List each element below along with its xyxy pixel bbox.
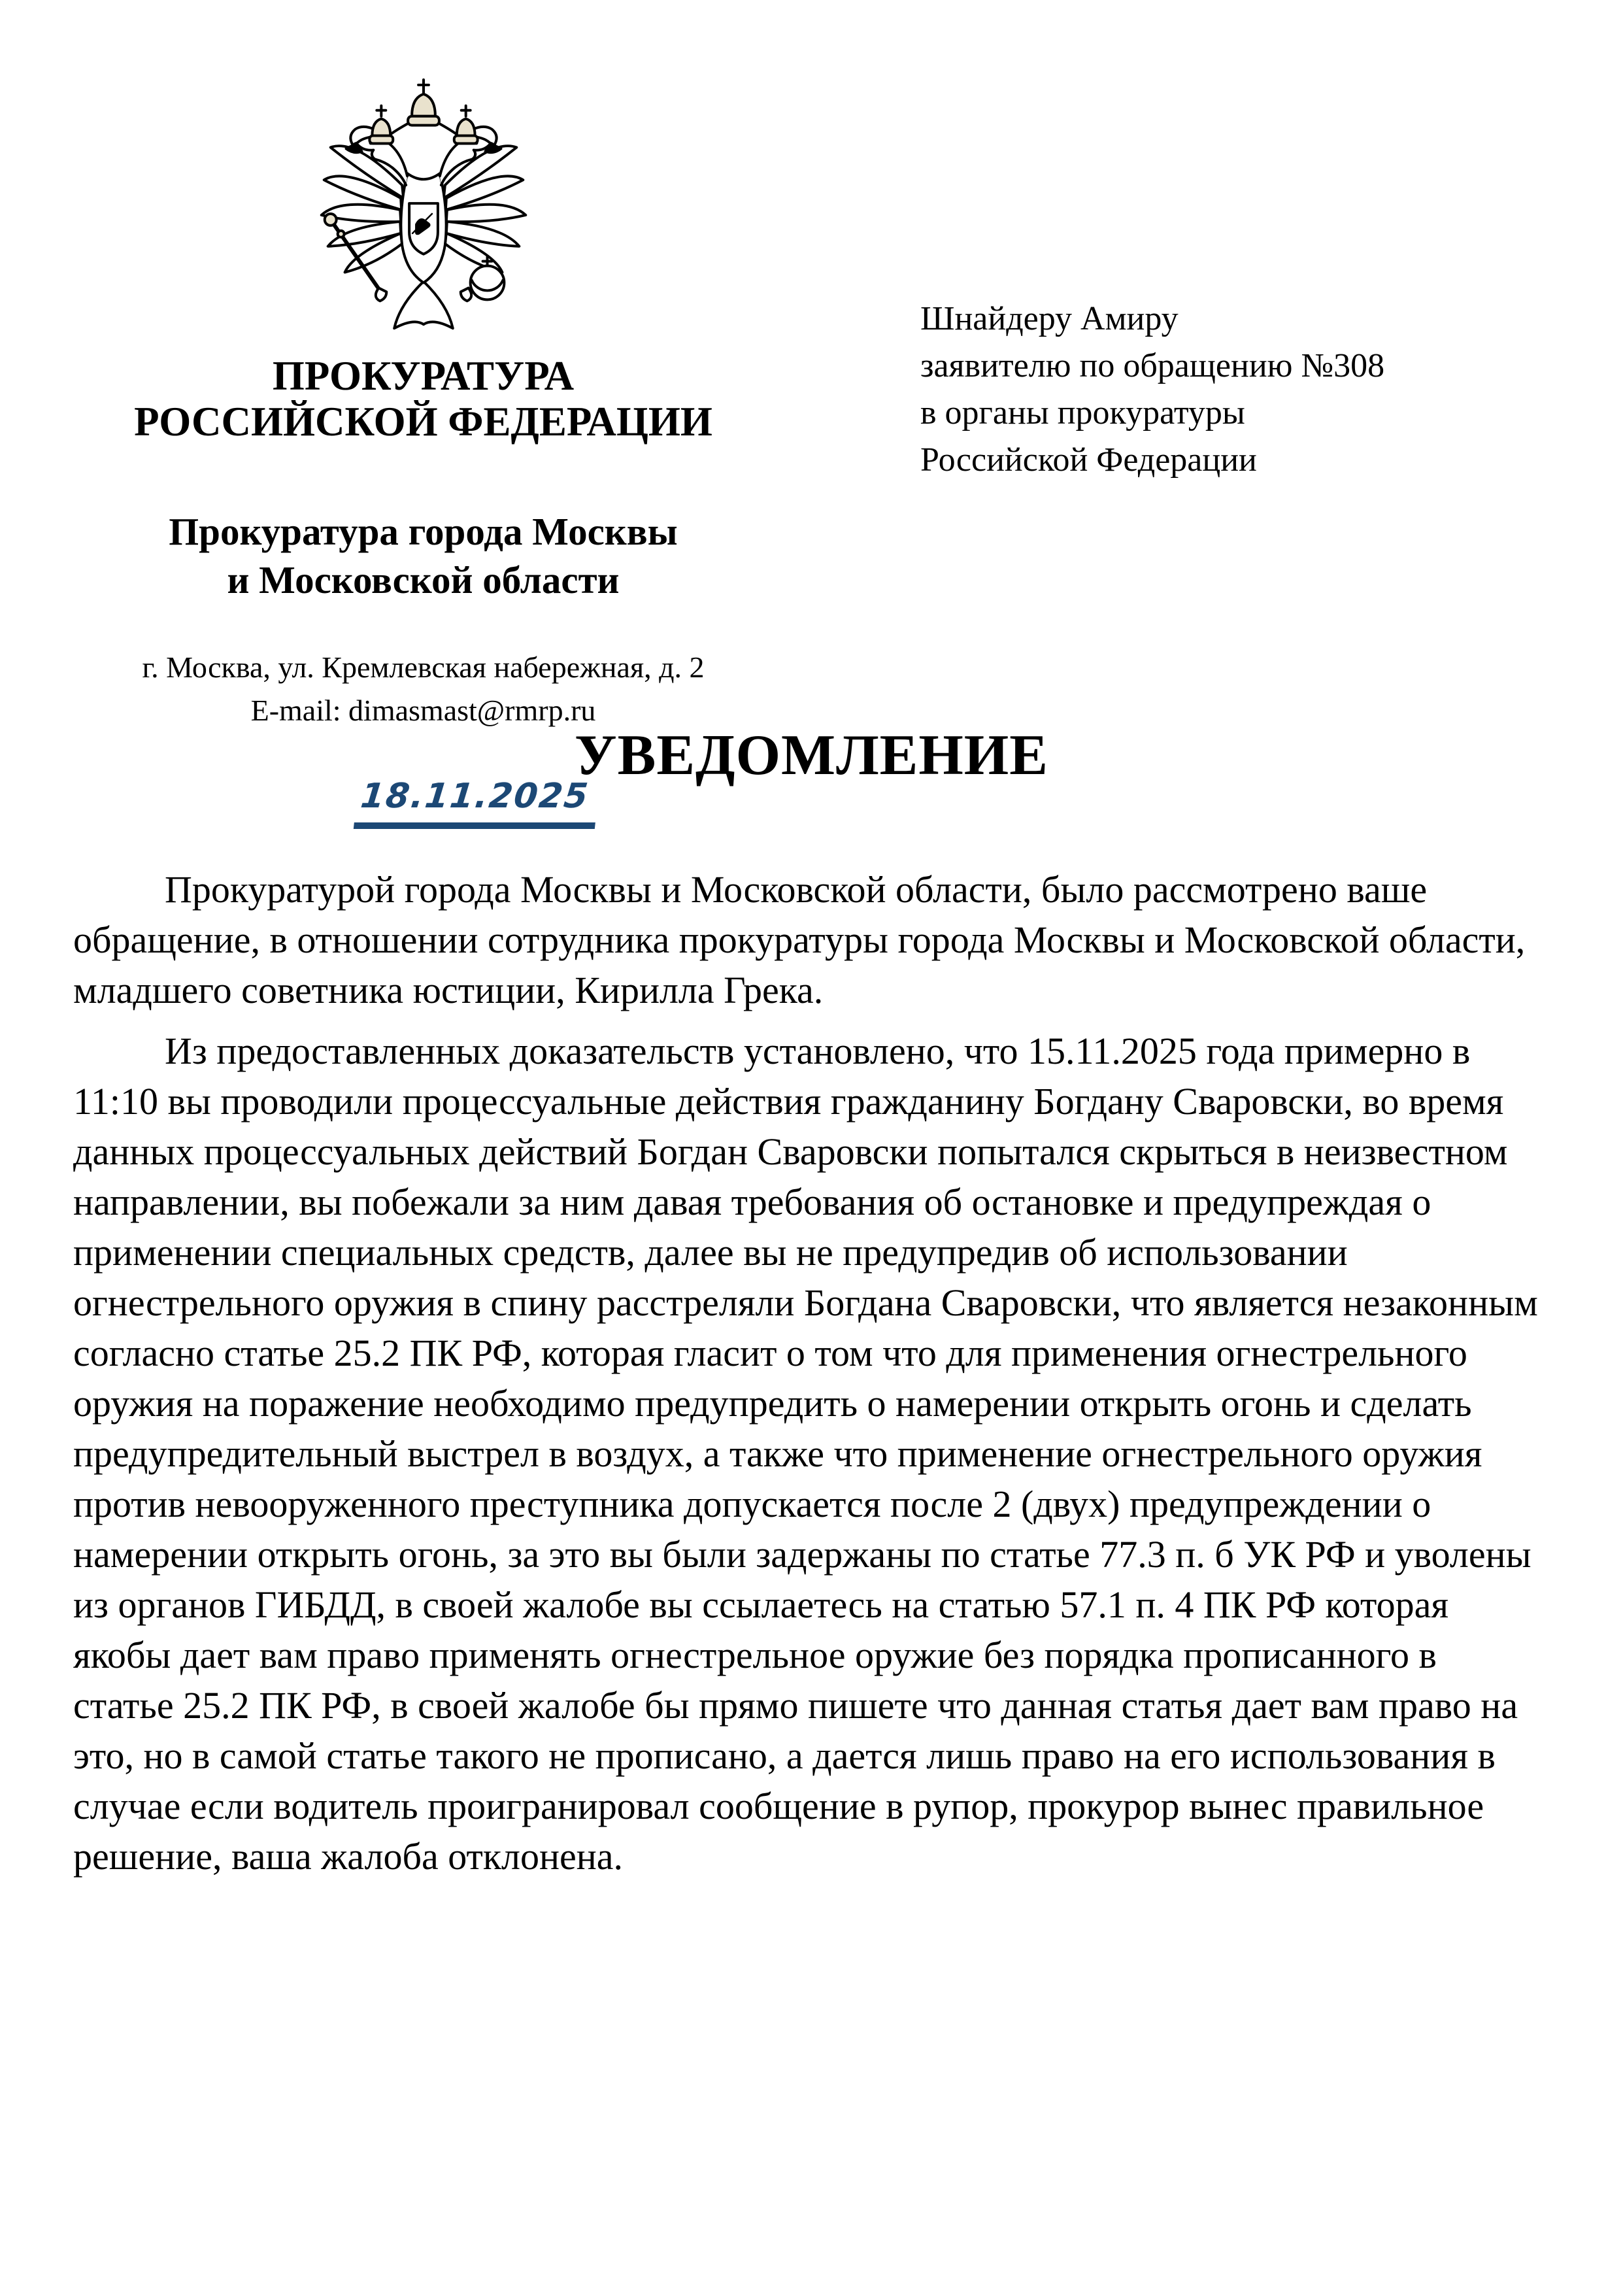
body-paragraph: Прокуратурой города Москвы и Московской … <box>73 864 1545 1015</box>
org-name: ПРОКУРАТУРА РОССИЙСКОЙ ФЕДЕРАЦИИ <box>72 353 775 445</box>
recipient-block: Шнайдеру Амиру заявителю по обращению №3… <box>920 295 1384 484</box>
division-name: Прокуратура города Москвы и Московской о… <box>72 507 775 604</box>
notification-letter-page: ПРОКУРАТУРА РОССИЙСКОЙ ФЕДЕРАЦИИ Прокура… <box>0 0 1623 2296</box>
document-title: УВЕДОМЛЕНИЕ <box>0 724 1623 787</box>
recipient-line: в органы прокуратуры <box>920 390 1384 437</box>
recipient-name: Шнайдеру Амиру <box>920 295 1384 343</box>
russia-coat-of-arms-icon <box>316 76 531 349</box>
body-paragraph: Из предоставленных доказательств установ… <box>73 1026 1545 1882</box>
division-line2: и Московской области <box>72 556 775 604</box>
address-line: г. Москва, ул. Кремлевская набережная, д… <box>72 646 775 689</box>
letterhead: ПРОКУРАТУРА РОССИЙСКОЙ ФЕДЕРАЦИИ Прокура… <box>72 76 775 732</box>
handwritten-date: 18.11.2025 <box>354 777 600 829</box>
letter-body: Прокуратурой города Москвы и Московской … <box>73 864 1545 1882</box>
recipient-line: Российской Федерации <box>920 437 1384 484</box>
contact-block: г. Москва, ул. Кремлевская набережная, д… <box>72 646 775 732</box>
org-name-line1: ПРОКУРАТУРА <box>72 353 775 399</box>
recipient-line: заявителю по обращению №308 <box>920 343 1384 390</box>
org-name-line2: РОССИЙСКОЙ ФЕДЕРАЦИИ <box>72 399 775 445</box>
division-line1: Прокуратура города Москвы <box>72 507 775 556</box>
